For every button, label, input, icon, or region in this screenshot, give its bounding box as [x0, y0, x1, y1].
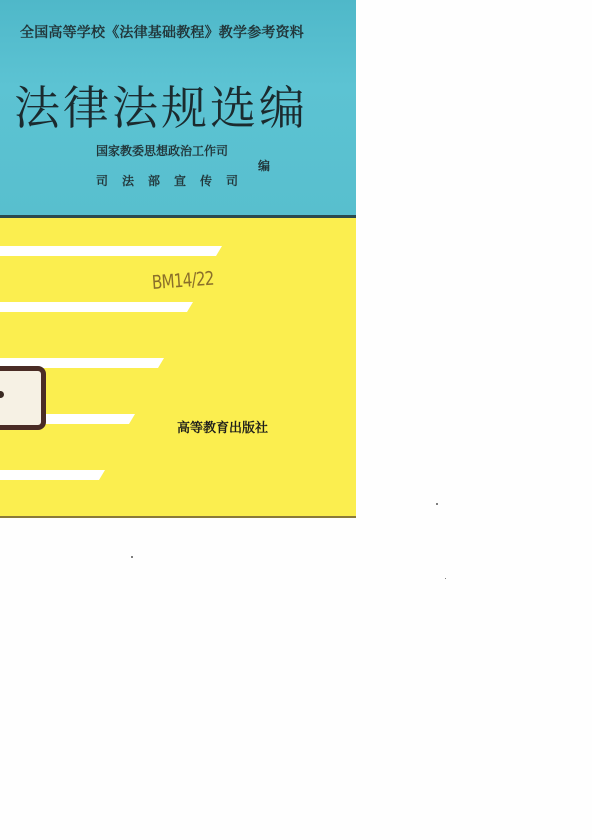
- scan-speck: [445, 578, 446, 579]
- publisher: 高等教育出版社: [177, 417, 268, 436]
- book-cover: 全国高等学校《法律基础教程》教学参考资料 法律法规选编 国家教委思想政治工作司 …: [0, 0, 356, 518]
- book-title: 法律法规选编: [14, 72, 308, 138]
- editor-2: 司法部宣传司: [96, 172, 252, 189]
- decorative-stripe: [0, 470, 105, 480]
- series-line: 全国高等学校《法律基础教程》教学参考资料: [20, 22, 304, 42]
- handwritten-call-number: BM14/22: [151, 268, 214, 294]
- scanned-page: 全国高等学校《法律基础教程》教学参考资料 法律法规选编 国家教委思想政治工作司 …: [0, 0, 592, 840]
- editor-suffix: 编: [258, 157, 270, 174]
- library-label: [0, 366, 46, 430]
- label-mark-icon: [0, 391, 4, 398]
- decorative-stripe: [0, 246, 222, 256]
- scan-speck: [131, 556, 133, 558]
- scan-speck: [436, 503, 438, 505]
- editor-1: 国家教委思想政治工作司: [96, 142, 228, 159]
- cover-top-panel: 全国高等学校《法律基础教程》教学参考资料 法律法规选编 国家教委思想政治工作司 …: [0, 0, 356, 216]
- decorative-stripe: [0, 302, 193, 312]
